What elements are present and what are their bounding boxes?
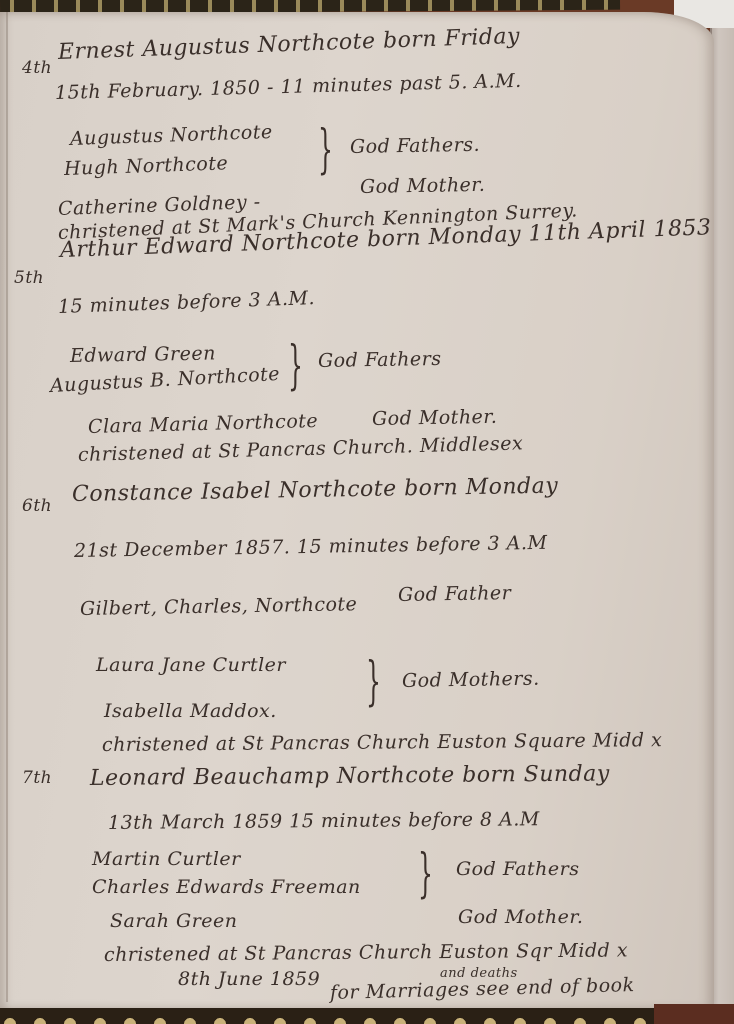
godfathers-label: God Fathers. (350, 134, 480, 158)
book-cover-corner (654, 1004, 734, 1024)
godfather-name: Martin Curtler (92, 848, 241, 870)
entry-number: 6th (22, 496, 52, 516)
godfather-name: Edward Green (70, 342, 216, 367)
godfathers-label: God Fathers (456, 858, 580, 880)
godmother-name: Laura Jane Curtler (96, 654, 286, 676)
godfather-name: Charles Edwards Freeman (92, 876, 361, 898)
entry-number: 7th (22, 768, 52, 788)
brace-icon: } (288, 340, 303, 392)
photo-scene: 4th Ernest Augustus Northcote born Frida… (0, 0, 734, 1024)
birth-line: Leonard Beauchamp Northcote born Sunday (90, 761, 610, 791)
book-bottom-border (0, 1008, 734, 1024)
godmother-name: Sarah Green (110, 910, 238, 932)
brace-icon: } (418, 848, 433, 900)
entry-number: 4th (22, 58, 52, 78)
christening-date: 8th June 1859 (178, 968, 320, 990)
brace-icon: } (366, 656, 381, 708)
date-line: 13th March 1859 15 minutes before 8 A.M (108, 808, 540, 834)
godfathers-label: God Fathers (318, 348, 442, 372)
godmother-name: Isabella Maddox. (104, 700, 277, 722)
entry-number: 5th (14, 268, 44, 288)
godfather-label: God Father (398, 582, 512, 606)
godmothers-label: God Mothers. (402, 668, 540, 692)
page-gutter (6, 12, 8, 1002)
christening-line: christened at St Pancras Church Euston S… (104, 939, 628, 966)
godmother-label: God Mother. (458, 906, 583, 928)
brace-icon: } (318, 124, 333, 176)
godmother-label: God Mother. (360, 174, 486, 198)
godmother-label: God Mother. (372, 406, 498, 430)
